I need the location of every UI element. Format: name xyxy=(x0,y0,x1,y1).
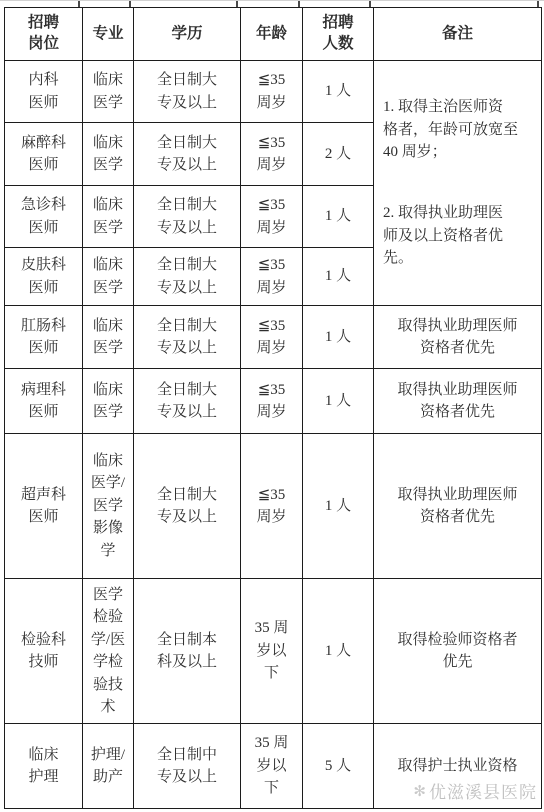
remark-note-2: 2. 取得执业助理医 师及以上资格者优 先。 xyxy=(383,202,532,270)
cell-age: 35 周 岁以 下 xyxy=(241,579,303,724)
cell-count: 1 人 xyxy=(303,61,374,123)
cell-major: 护理/ 助产 xyxy=(83,724,134,809)
cell-remark: 取得执业助理医师 资格者优先 xyxy=(374,369,542,434)
cell-age: ≦35 周岁 xyxy=(241,369,303,434)
cell-position: 肛肠科 医师 xyxy=(5,306,83,369)
table-row: 检验科 技师 医学 检验 学/医 学检 验技 术 全日制本 科及以上 35 周 … xyxy=(5,579,542,724)
cell-education: 全日制大 专及以上 xyxy=(134,434,241,579)
cell-position: 麻醉科 医师 xyxy=(5,123,83,186)
cell-remark: 取得执业助理医师 资格者优先 xyxy=(374,306,542,369)
cell-education: 全日制大 专及以上 xyxy=(134,306,241,369)
cell-education: 全日制大 专及以上 xyxy=(134,123,241,186)
table-row: 超声科 医师 临床 医学/ 医学 影像 学 全日制大 专及以上 ≦35 周岁 1… xyxy=(5,434,542,579)
cell-age: ≦35 周岁 xyxy=(241,186,303,248)
cell-position: 急诊科 医师 xyxy=(5,186,83,248)
cell-position: 临床 护理 xyxy=(5,724,83,809)
cell-major: 临床 医学 xyxy=(83,123,134,186)
cell-count: 1 人 xyxy=(303,306,374,369)
header-count: 招聘 人数 xyxy=(303,8,374,61)
table-row: 病理科 医师 临床 医学 全日制大 专及以上 ≦35 周岁 1 人 取得执业助理… xyxy=(5,369,542,434)
header-education: 学历 xyxy=(134,8,241,61)
cell-age: ≦35 周岁 xyxy=(241,306,303,369)
cropped-table-edge xyxy=(0,0,544,7)
cell-count: 5 人 xyxy=(303,724,374,809)
cell-remark: 取得检验师资格者 优先 xyxy=(374,579,542,724)
recruitment-table: 招聘 岗位 专业 学历 年龄 招聘 人数 备注 内科 医师 临床 医学 全日制大… xyxy=(4,7,542,809)
cell-education: 全日制大 专及以上 xyxy=(134,186,241,248)
cell-count: 1 人 xyxy=(303,369,374,434)
watermark: ✻ 优滋溪县医院 xyxy=(413,778,537,803)
table-header-row: 招聘 岗位 专业 学历 年龄 招聘 人数 备注 xyxy=(5,8,542,61)
table-row: 肛肠科 医师 临床 医学 全日制大 专及以上 ≦35 周岁 1 人 取得执业助理… xyxy=(5,306,542,369)
cell-age: 35 周 岁以 下 xyxy=(241,724,303,809)
cell-age: ≦35 周岁 xyxy=(241,123,303,186)
cell-count: 1 人 xyxy=(303,248,374,306)
cell-education: 全日制本 科及以上 xyxy=(134,579,241,724)
remark-note-1: 1. 取得主治医师资 格者，年龄可放宽至 40 周岁； xyxy=(383,96,532,164)
cell-education: 全日制中 专及以上 xyxy=(134,724,241,809)
cell-age: ≦35 周岁 xyxy=(241,434,303,579)
cell-count: 1 人 xyxy=(303,186,374,248)
cell-major: 临床 医学 xyxy=(83,61,134,123)
header-age: 年龄 xyxy=(241,8,303,61)
cell-major: 临床 医学 xyxy=(83,306,134,369)
cell-count: 1 人 xyxy=(303,579,374,724)
cell-position: 内科 医师 xyxy=(5,61,83,123)
cell-age: ≦35 周岁 xyxy=(241,248,303,306)
cell-position: 超声科 医师 xyxy=(5,434,83,579)
cell-age: ≦35 周岁 xyxy=(241,61,303,123)
header-position: 招聘 岗位 xyxy=(5,8,83,61)
cell-count: 1 人 xyxy=(303,434,374,579)
header-major: 专业 xyxy=(83,8,134,61)
cell-position: 检验科 技师 xyxy=(5,579,83,724)
cell-major: 临床 医学 xyxy=(83,248,134,306)
cell-major: 临床 医学 xyxy=(83,369,134,434)
cell-count: 2 人 xyxy=(303,123,374,186)
cell-remark-merged: 1. 取得主治医师资 格者，年龄可放宽至 40 周岁； 2. 取得执业助理医 师… xyxy=(374,61,542,306)
header-remark: 备注 xyxy=(374,8,542,61)
cell-major: 医学 检验 学/医 学检 验技 术 xyxy=(83,579,134,724)
hospital-logo-icon: ✻ xyxy=(413,782,427,800)
cell-position: 病理科 医师 xyxy=(5,369,83,434)
cell-education: 全日制大 专及以上 xyxy=(134,61,241,123)
cell-remark: 取得执业助理医师 资格者优先 xyxy=(374,434,542,579)
cell-education: 全日制大 专及以上 xyxy=(134,369,241,434)
table-row: 内科 医师 临床 医学 全日制大 专及以上 ≦35 周岁 1 人 1. 取得主治… xyxy=(5,61,542,123)
cell-education: 全日制大 专及以上 xyxy=(134,248,241,306)
cell-position: 皮肤科 医师 xyxy=(5,248,83,306)
watermark-text: 优滋溪县医院 xyxy=(429,778,537,803)
cell-major: 临床 医学 xyxy=(83,186,134,248)
cell-major: 临床 医学/ 医学 影像 学 xyxy=(83,434,134,579)
